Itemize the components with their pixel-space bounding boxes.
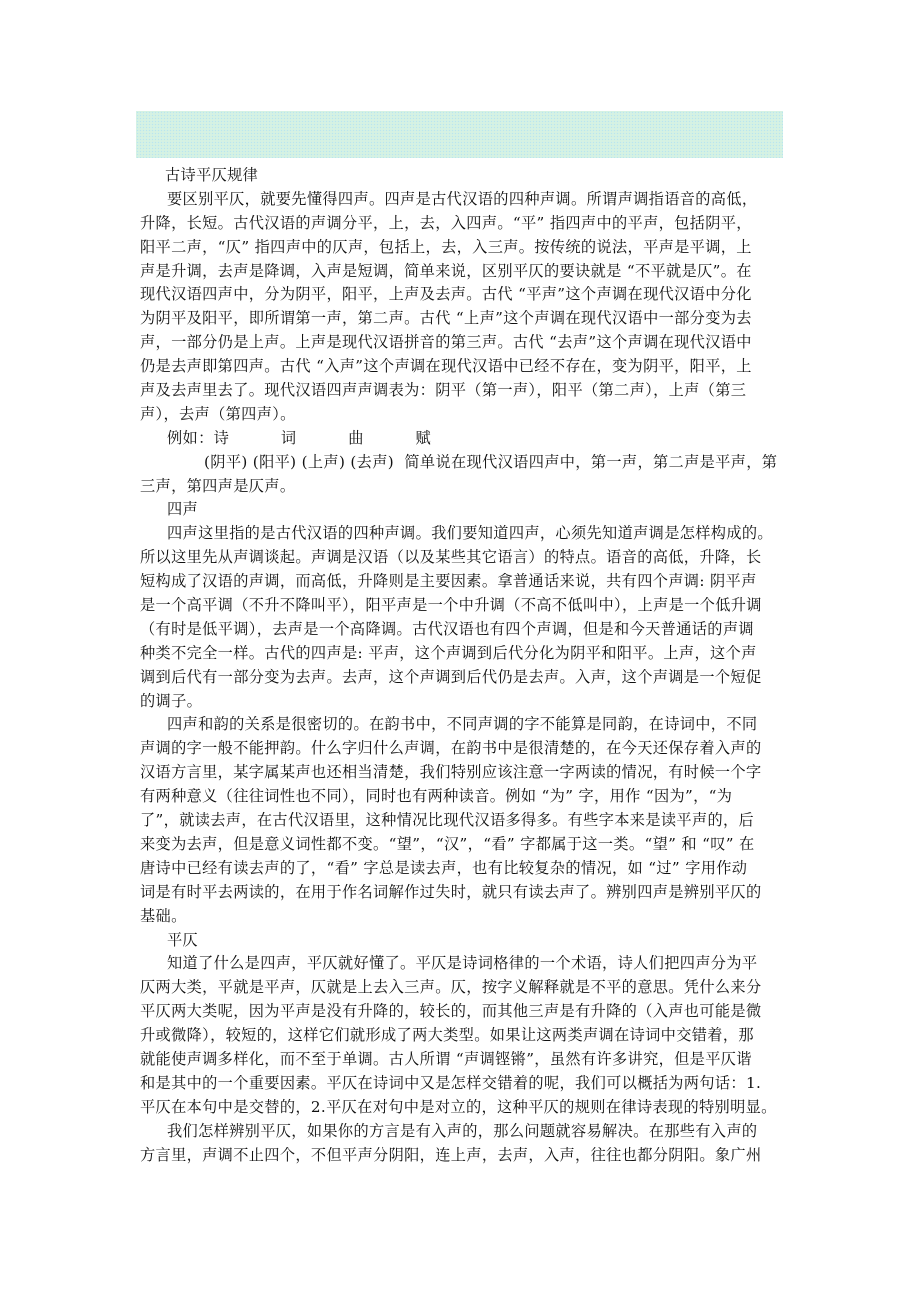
text-line: 声调的字一般不能押韵。什么字归什么声调，在韵书中是很清楚的，在今天还保存着入声的 (140, 737, 800, 761)
text-line: 声及去声里去了。现代汉语四声声调表为：阴平（第一声），阳平（第二声），上声（第三 (140, 379, 800, 403)
text-line: (阴平) (阳平) (上声) (去声) 简单说在现代汉语四声中，第一声，第二声是… (140, 451, 800, 475)
text-line: 声是升调，去声是降调，入声是短调，简单来说，区别平仄的要诀就是 “不平就是仄”。… (140, 260, 800, 284)
text-line: 声），去声（第四声）。 (140, 403, 800, 427)
text-line: 三声，第四声是仄声。 (140, 475, 800, 499)
text-line: 的调子。 (140, 690, 800, 714)
text-line: 四声 (140, 498, 800, 522)
text-line: 声，一部分仍是上声。上声是现代汉语拼音的第三声。古代 “去声”这个声调在现代汉语… (140, 331, 800, 355)
text-line: 升降，长短。古代汉语的声调分平，上，去，入四声。“平” 指四声中的平声，包括阴平… (140, 212, 800, 236)
text-line: 和是其中的一个重要因素。平仄在诗词中又是怎样交错着的呢，我们可以概括为两句话：1… (140, 1072, 800, 1096)
text-line: （有时是低平调），去声是一个高降调。古代汉语也有四个声调，但是和今天普通话的声调 (140, 618, 800, 642)
text-line: 平仄在本句中是交替的，2.平仄在对句中是对立的，这种平仄的规则在律诗表现的特别明… (140, 1096, 800, 1120)
text-line: 就能使声调多样化，而不至于单调。古人所谓 “声调铿锵”，虽然有许多讲究，但是平仄… (140, 1048, 800, 1072)
text-line: 调到后代有一部分变为去声。去声，这个声调到后代仍是去声。入声，这个声调是一个短促 (140, 666, 800, 690)
text-line: 四声和韵的关系是很密切的。在韵书中，不同声调的字不能算是同韵，在诗词中，不同 (140, 713, 800, 737)
header-banner (136, 111, 783, 158)
text-line: 汉语方言里，某字属某声也还相当清楚，我们特别应该注意一字两读的情况，有时候一个字 (140, 761, 800, 785)
text-line: 为阴平及阳平，即所谓第一声，第二声。古代 “上声”这个声调在现代汉语中一部分变为… (140, 307, 800, 331)
document-body: 古诗平仄规律 要区别平仄，就要先懂得四声。四声是古代汉语的四种声调。所谓声调指语… (140, 164, 800, 1167)
text-line: 有两种意义（往往词性也不同），同时也有两种读音。例如 “为” 字，用作 “因为”… (140, 785, 800, 809)
text-line: 平仄两大类呢，因为平声是没有升降的，较长的，而其他三声是有升降的（入声也可能是微 (140, 1000, 800, 1024)
text-line: 种类不完全一样。古代的四声是: 平声，这个声调到后代分化为阴平和阳平。上声，这个… (140, 642, 800, 666)
text-line: 所以这里先从声调谈起。声调是汉语（以及某些其它语言）的特点。语音的高低，升降，长 (140, 546, 800, 570)
text-line: 唐诗中已经有读去声的了，“看” 字总是读去声，也有比较复杂的情况，如 “过” 字… (140, 857, 800, 881)
text-line: 我们怎样辨别平仄，如果你的方言是有入声的，那么问题就容易解决。在那些有入声的 (140, 1120, 800, 1144)
text-line: 词是有时平去两读的，在用于作名词解作过失时，就只有读去声了。辨别四声是辨别平仄的 (140, 881, 800, 905)
text-line: 现代汉语四声中，分为阴平，阳平，上声及去声。古代 “平声”这个声调在现代汉语中分… (140, 283, 800, 307)
text-line: 来变为去声，但是意义词性都不变。“望”，“汉”，“看” 字都属于这一类。“望” … (140, 833, 800, 857)
text-line: 升或微降），较短的，这样它们就形成了两大类型。如果让这两类声调在诗词中交错着，那 (140, 1024, 800, 1048)
text-line: 方言里，声调不止四个，不但平声分阴阳，连上声，去声，入声，往往也都分阴阳。象广州 (140, 1144, 800, 1168)
text-line: 仍是去声即第四声。古代 “入声”这个声调在现代汉语中已经不存在，变为阴平，阳平，… (140, 355, 800, 379)
text-line: 基础。 (140, 905, 800, 929)
text-line: 四声这里指的是古代汉语的四种声调。我们要知道四声，心须先知道声调是怎样构成的。 (140, 522, 800, 546)
text-line: 平仄 (140, 929, 800, 953)
text-line: 了”，就读去声，在古代汉语里，这种情况比现代汉语多得多。有些字本来是读平声的，后 (140, 809, 800, 833)
text-line: 例如：诗 词 曲 赋 (140, 427, 800, 451)
text-line: 知道了什么是四声，平仄就好懂了。平仄是诗词格律的一个术语，诗人们把四声分为平 (140, 952, 800, 976)
document-title: 古诗平仄规律 (140, 164, 800, 188)
text-line: 短构成了汉语的声调，而高低，升降则是主要因素。拿普通话来说，共有四个声调: 阴平… (140, 570, 800, 594)
text-line: 是一个高平调（不升不降叫平），阳平声是一个中升调（不高不低叫中），上声是一个低升… (140, 594, 800, 618)
text-line: 要区别平仄，就要先懂得四声。四声是古代汉语的四种声调。所谓声调指语音的高低， (140, 188, 800, 212)
text-line: 阳平二声，“仄” 指四声中的仄声，包括上，去，入三声。按传统的说法，平声是平调，… (140, 236, 800, 260)
text-line: 仄两大类，平就是平声，仄就是上去入三声。仄，按字义解释就是不平的意思。凭什么来分 (140, 976, 800, 1000)
paragraph-lines: 要区别平仄，就要先懂得四声。四声是古代汉语的四种声调。所谓声调指语音的高低，升降… (140, 188, 800, 1168)
